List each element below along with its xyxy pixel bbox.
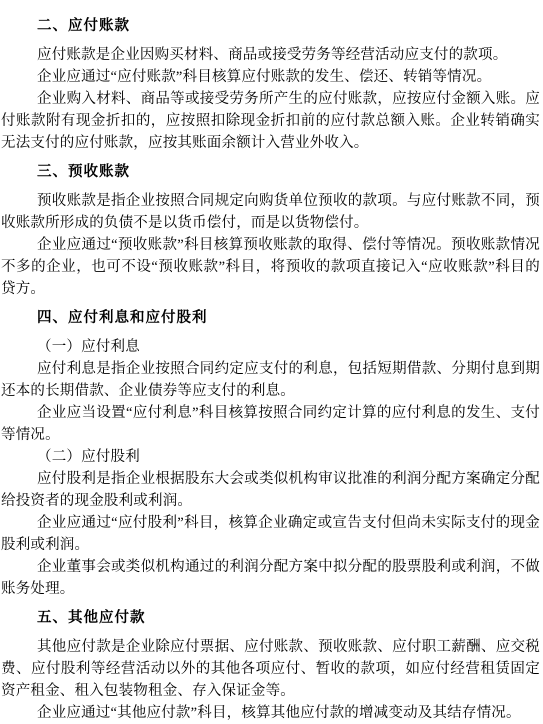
section-heading-advance-receipts: 三、预收账款 <box>1 161 540 183</box>
section-heading-other-payables: 五、其他应付款 <box>1 607 540 629</box>
section-heading-interest-and-dividends: 四、应付利息和应付股利 <box>1 307 540 329</box>
paragraph: 应付利息是指企业按照合同约定应支付的利息，包括短期借款、分期付息到期还本的长期借… <box>1 358 540 402</box>
section-advance-receipts: 三、预收账款 预收账款是指企业按照合同规定向购货单位预收的款项。与应付账款不同，… <box>1 161 540 300</box>
paragraph: 其他应付款是企业除应付票据、应付账款、预收账款、应付职工薪酬、应交税费、应付股利… <box>1 636 540 702</box>
document-page: 二、应付账款 应付账款是企业因购买材料、商品或接受劳务等经营活动应支付的款项。 … <box>0 0 543 724</box>
paragraph: 企业购入材料、商品等或接受劳务所产生的应付账款，应按应付金额入账。应付账款附有现… <box>1 88 540 154</box>
section-other-payables: 五、其他应付款 其他应付款是企业除应付票据、应付账款、预收账款、应付职工薪酬、应… <box>1 607 540 724</box>
paragraph: 企业应通过“应付股利”科目，核算企业确定或宣告支付但尚未实际支付的现金股利或利润… <box>1 512 540 556</box>
paragraph: 企业应通过“应付账款”科目核算应付账款的发生、偿还、转销等情况。 <box>1 66 540 88</box>
paragraph: 企业应通过“其他应付款”科目，核算其他应付款的增减变动及其结存情况。 <box>1 702 540 724</box>
section-heading-accounts-payable: 二、应付账款 <box>1 15 540 37</box>
section-interest-and-dividends-payable: 四、应付利息和应付股利 （一）应付利息 应付利息是指企业按照合同约定应支付的利息… <box>1 307 540 600</box>
paragraph: 预收账款是指企业按照合同规定向购货单位预收的款项。与应付账款不同，预收账款所形成… <box>1 190 540 234</box>
paragraph: 企业应通过“预收账款”科目核算预收账款的取得、偿付等情况。预收账款情况不多的企业… <box>1 234 540 300</box>
section-accounts-payable: 二、应付账款 应付账款是企业因购买材料、商品或接受劳务等经营活动应支付的款项。 … <box>1 15 540 154</box>
paragraph: 应付账款是企业因购买材料、商品或接受劳务等经营活动应支付的款项。 <box>1 44 540 66</box>
paragraph: 企业董事会或类似机构通过的利润分配方案中拟分配的股票股利或利润，不做账务处理。 <box>1 556 540 600</box>
paragraph: 应付股利是指企业根据股东大会或类似机构审议批准的利润分配方案确定分配给投资者的现… <box>1 468 540 512</box>
subsection-heading-dividends-payable: （二）应付股利 <box>1 446 540 468</box>
paragraph: 企业应当设置“应付利息”科目核算按照合同约定计算的应付利息的发生、支付等情况。 <box>1 402 540 446</box>
subsection-heading-interest-payable: （一）应付利息 <box>1 336 540 358</box>
